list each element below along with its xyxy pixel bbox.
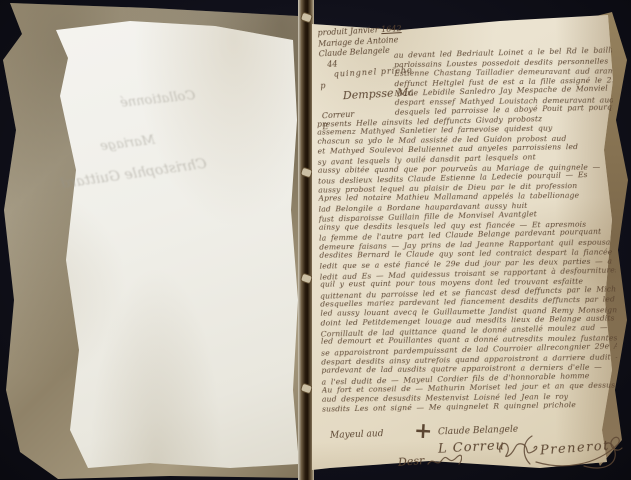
- manuscript-scan: CollationnéMariageChristophle Guittard p…: [0, 0, 631, 480]
- binding-stitch: [300, 383, 313, 395]
- signature-attestation: Mayeul aud: [330, 429, 384, 441]
- act-main-lines: presents Helle ainsvits led deffuncts Gi…: [317, 113, 617, 376]
- cross-mark: +: [413, 418, 433, 445]
- desr-paraph-flourish-icon: [426, 452, 462, 470]
- binding-stitch: [300, 12, 313, 24]
- act-opening-lines: au devant led Bedriault Loinet a le bel …: [316, 46, 613, 118]
- prenerot-paraph-flourish-icon: [518, 430, 628, 472]
- act-body-text: au devant led Bedriault Loinet a le bel …: [316, 46, 618, 414]
- binding-stitch: [300, 167, 313, 179]
- binding-stitch: [300, 273, 313, 285]
- signature-desr: Desr: [398, 454, 425, 469]
- act-closing-lines: a l'esl dudit de — Mayeul Cordier fils d…: [322, 371, 619, 414]
- book-gutter: [298, 0, 314, 480]
- act-year: 1642: [381, 24, 402, 34]
